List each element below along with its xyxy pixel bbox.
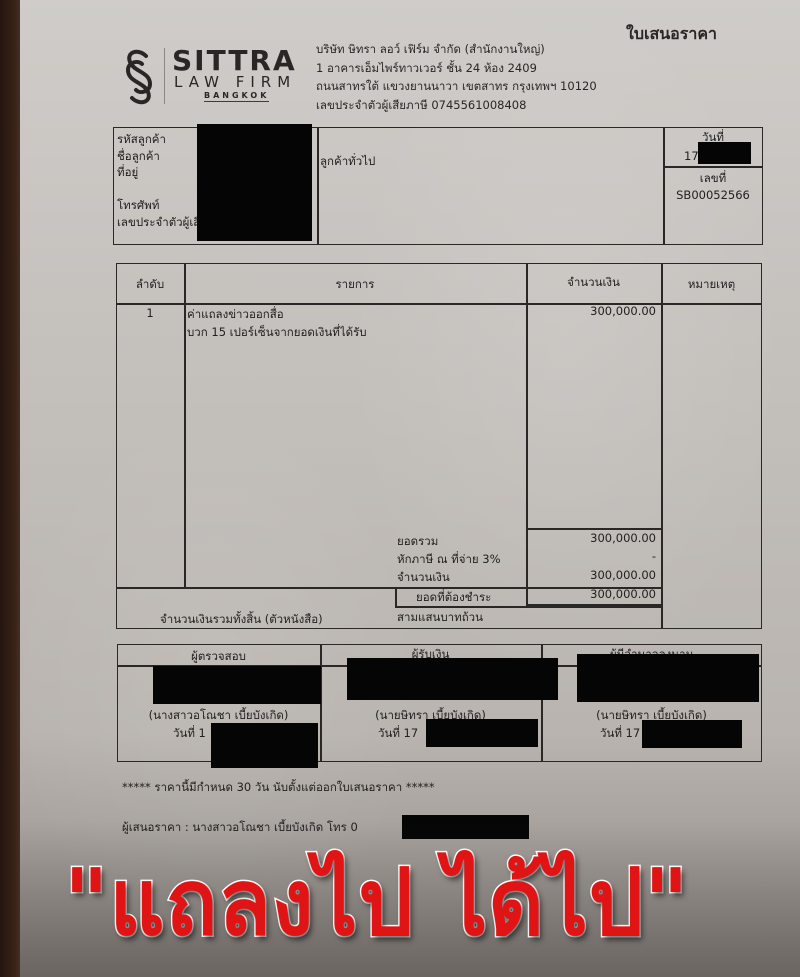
company-tax-id: เลขประจำตัวผู้เสียภาษี 0745561008408: [316, 96, 597, 115]
amount-value: 300,000.00: [526, 568, 656, 582]
headline-overlay: "แถลงไป ได้ไป": [64, 838, 715, 968]
summary-divider: [395, 587, 397, 607]
redaction-date: [211, 723, 318, 768]
column-divider: [661, 263, 663, 629]
company-info: บริษัท ษิทรา ลอว์ เฟิร์ม จำกัด (สำนักงาน…: [316, 40, 597, 114]
table-header-divider: [116, 303, 762, 305]
row-description: ค่าแถลงข่าวออกสื่อ: [187, 306, 284, 324]
row-amount: 300,000.00: [526, 304, 656, 318]
redaction-date: [642, 720, 742, 748]
document-title: ใบเสนอราคา: [626, 22, 717, 47]
logo-city: BANGKOK: [204, 91, 269, 102]
company-name: บริษัท ษิทรา ลอว์ เฟิร์ม จำกัด (สำนักงาน…: [316, 40, 597, 59]
signature-role: ผู้ตรวจสอบ: [117, 648, 320, 666]
total-in-words-label: จำนวนเงินรวมทั้งสิ้น (ตัวหนังสือ): [160, 611, 323, 629]
customer-type: ลูกค้าทั่วไป: [320, 153, 375, 171]
company-address-line1: 1 อาคารเอ็มไพร์ทาวเวอร์ ชั้น 24 ห้อง 240…: [316, 59, 597, 78]
withholding-label: หักภาษี ณ ที่จ่าย 3%: [397, 551, 501, 569]
redaction-signature: [347, 658, 558, 700]
redaction-date: [426, 719, 538, 747]
total-in-words-value: สามแสนบาทถ้วน: [397, 609, 483, 627]
withholding-value: -: [526, 549, 656, 563]
logo-subtitle: LAW FIRM: [174, 74, 296, 91]
validity-note: ***** ราคานี้มีกำหนด 30 วัน นับตั้งแต่ออ…: [122, 779, 435, 797]
signature-date: วันที่ 17: [378, 725, 418, 743]
column-divider: [184, 263, 186, 589]
wooden-background: [0, 0, 22, 977]
date-value: 17: [684, 149, 699, 163]
quotation-number: SB00052566: [663, 188, 763, 202]
divider: [663, 166, 763, 168]
row-index: 1: [116, 306, 184, 320]
redaction-signature: [153, 666, 321, 704]
amount-label: จำนวนเงิน: [397, 569, 450, 587]
summary-divider: [526, 528, 661, 530]
divider: [317, 127, 319, 245]
subtotal-label: ยอดรวม: [397, 533, 438, 551]
logo-name: SITTRA: [172, 46, 297, 76]
section-sign-logo-icon: [116, 46, 162, 108]
column-divider: [526, 263, 528, 528]
logo-divider: [164, 48, 165, 104]
header-description: รายการ: [184, 276, 526, 294]
number-label: เลขที่: [663, 170, 763, 188]
redaction-customer-details: [197, 124, 312, 241]
header-amount: จำนวนเงิน: [526, 274, 661, 292]
signature-date: วันที่ 1: [173, 725, 206, 743]
signature-date: วันที่ 17: [600, 725, 640, 743]
header-index: ลำดับ: [116, 276, 184, 294]
redaction-date: [698, 142, 751, 164]
amount-due-label: ยอดที่ต้องชำระ: [416, 589, 491, 607]
header-note: หมายเหตุ: [661, 276, 762, 294]
subtotal-value: 300,000.00: [526, 531, 656, 545]
row-description-line2: บวก 15 เปอร์เซ็นจากยอดเงินที่ได้รับ: [187, 324, 367, 342]
redaction-signature: [577, 654, 759, 702]
amount-due-value: 300,000.00: [526, 587, 656, 601]
company-address-line2: ถนนสาทรใต้ แขวงยานนาวา เขตสาทร กรุงเทพฯ …: [316, 77, 597, 96]
